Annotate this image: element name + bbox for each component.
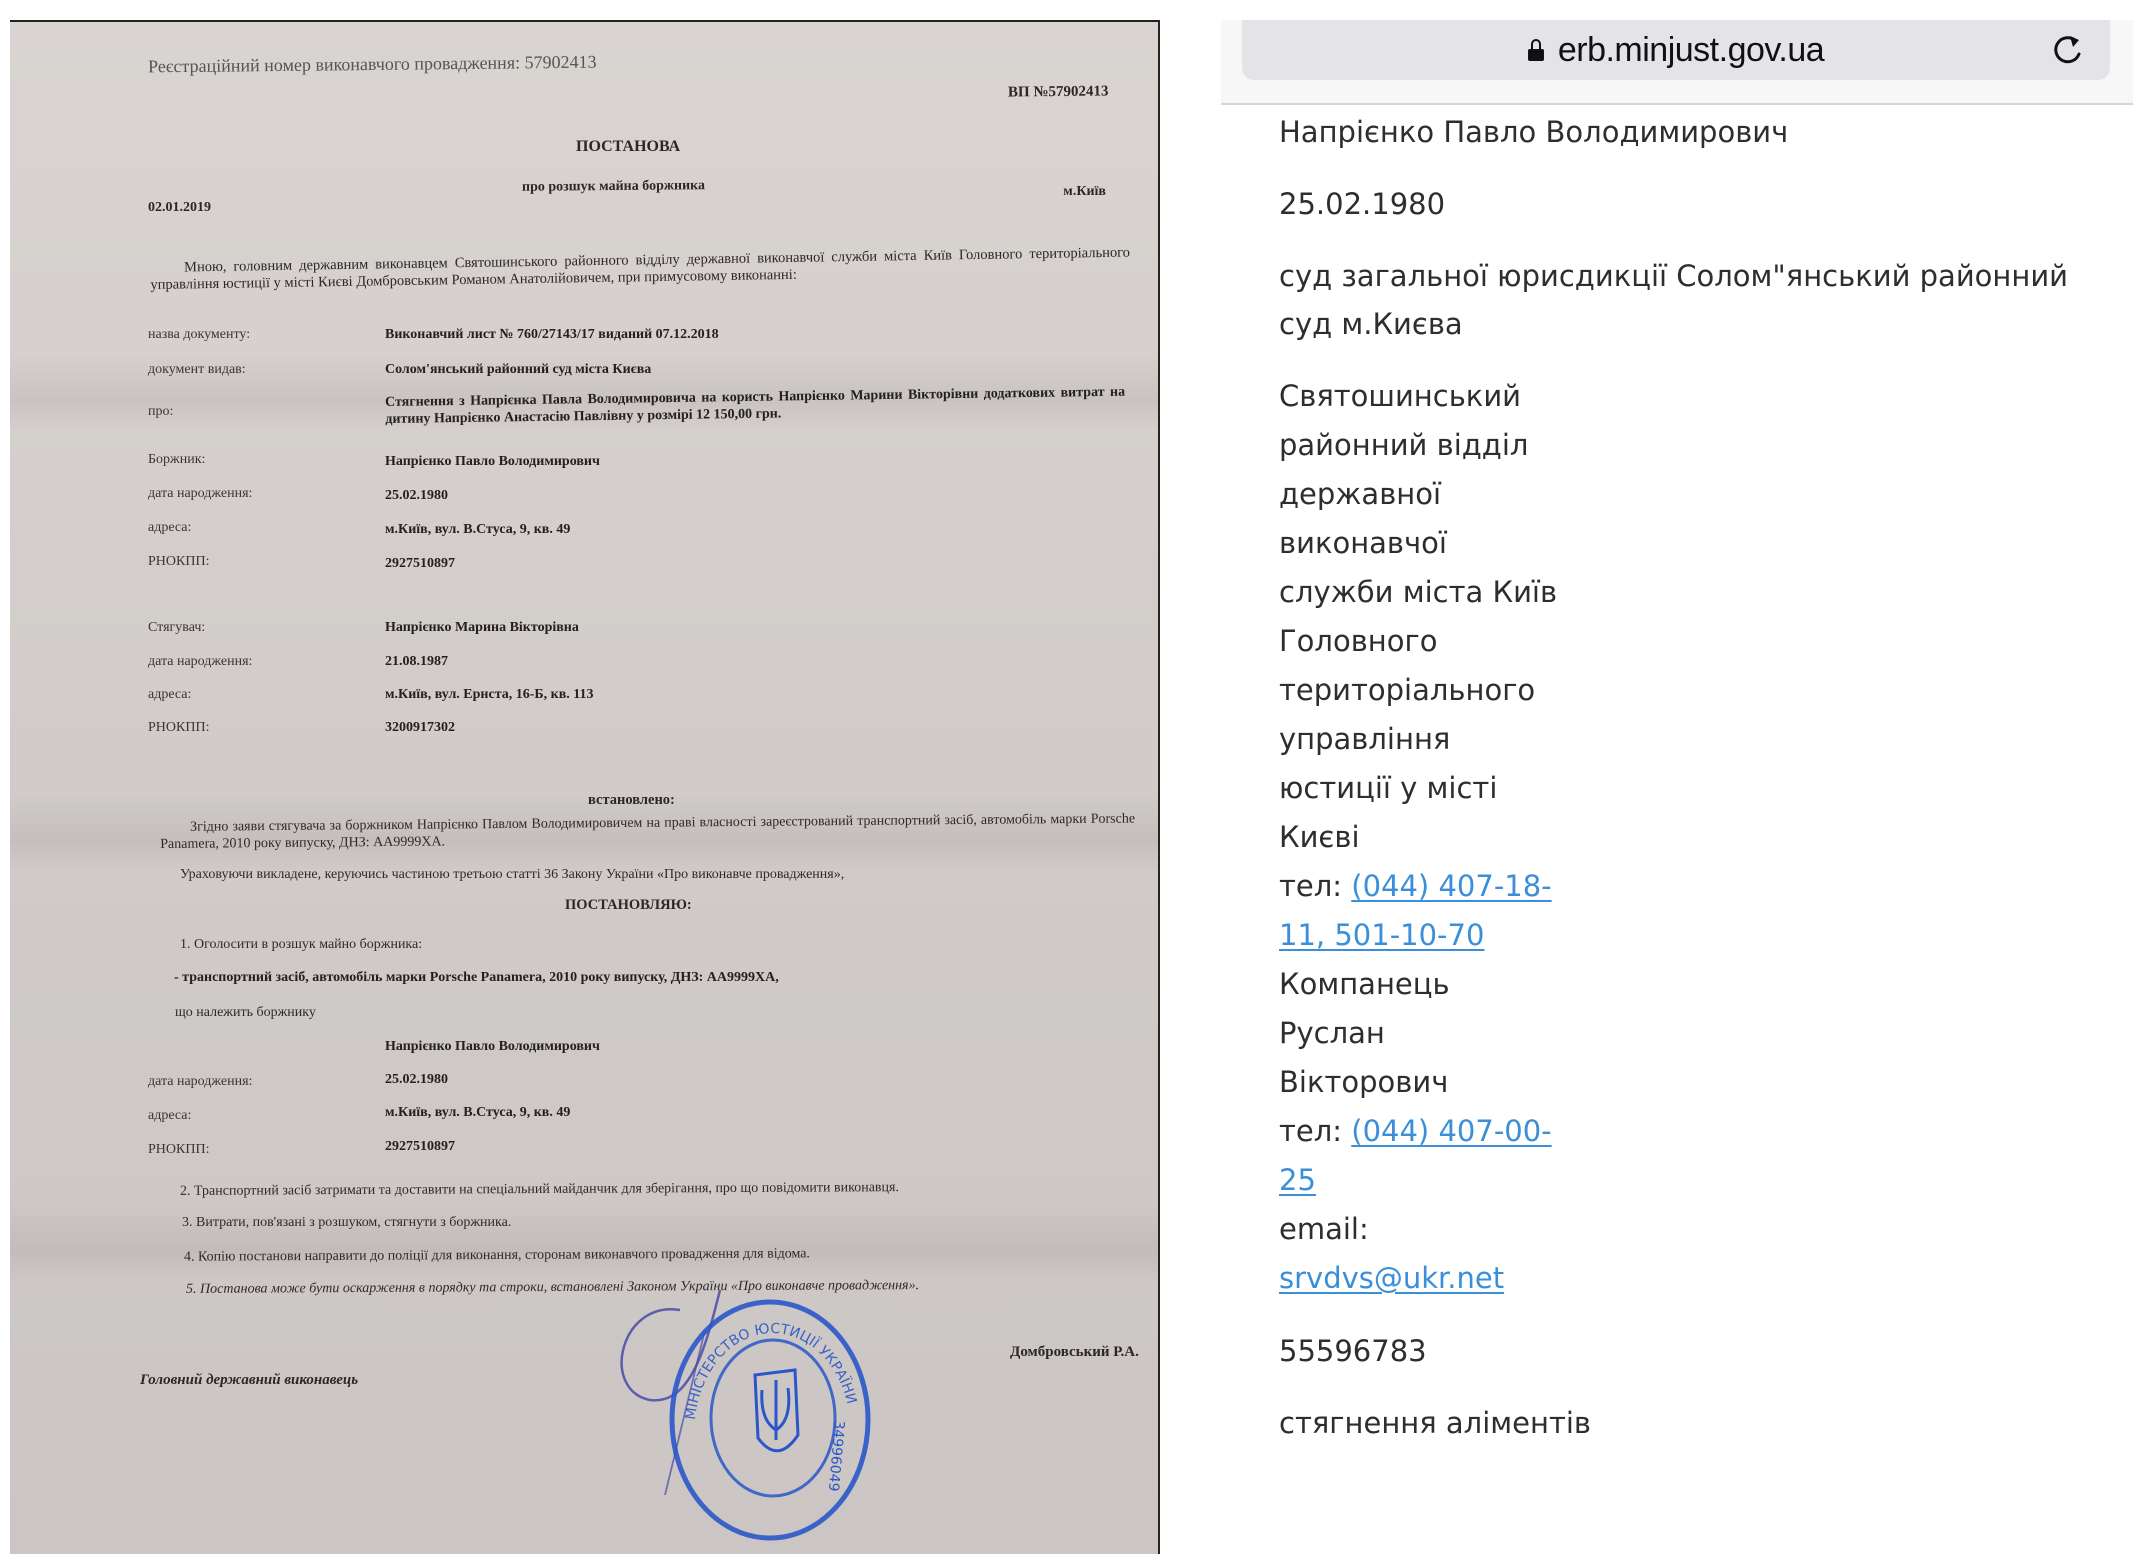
creditor-value: 21.08.1987	[385, 654, 448, 670]
url-text: erb.minjust.gov.ua	[1558, 31, 1824, 70]
owner-value: 2927510897	[385, 1139, 455, 1155]
office-line: районний відділ	[1279, 421, 1559, 470]
address-bar[interactable]: erb.minjust.gov.ua	[1242, 20, 2110, 80]
registration-number: Реєстраційний номер виконавчого провадже…	[148, 52, 597, 78]
browser-screenshot: erb.minjust.gov.ua Напрієнко Павло Волод…	[1221, 20, 2133, 1566]
document-city: м.Київ	[1063, 184, 1106, 200]
creditor-label: адреса:	[148, 687, 191, 703]
proceeding-number: 55596783	[1279, 1327, 2119, 1375]
official-stamp-icon: МІНІСТЕРСТВО ЮСТИЦІЇ УКРАЇНИ 34996049	[610, 1270, 880, 1545]
debtor-value: Напрієнко Павло Володимирович	[385, 454, 600, 470]
stamp-code: 34996049	[825, 1420, 847, 1492]
debtor-value: 2927510897	[385, 556, 455, 572]
field-label: про:	[148, 404, 173, 420]
document-photo: Реєстраційний номер виконавчого провадже…	[10, 20, 1160, 1554]
office-line: управління	[1279, 715, 1559, 764]
office-line: державної	[1279, 470, 1559, 519]
owner-label: адреса:	[148, 1108, 191, 1124]
issuing-court: суд загальної юрисдикції Солом"янський р…	[1279, 252, 2079, 348]
resolve-heading: ПОСТАНОВЛЯЮ:	[565, 897, 692, 914]
intro-paragraph: Мною, головним державним виконавцем Свят…	[150, 245, 1130, 294]
email-label: email:	[1279, 1205, 1559, 1254]
debtor-value: м.Київ, вул. В.Стуса, 9, кв. 49	[385, 522, 570, 538]
document-subtitle: про розшук майна боржника	[522, 178, 705, 196]
document-date: 02.01.2019	[148, 200, 211, 216]
field-value: Виконавчий лист № 760/27143/17 виданий 0…	[385, 327, 719, 343]
debtor-birth-date: 25.02.1980	[1279, 180, 2119, 228]
paper-fold	[10, 1202, 1158, 1282]
owner-label: дата народження:	[148, 1074, 252, 1090]
office-line: виконавчої	[1279, 519, 1559, 568]
creditor-label: дата народження:	[148, 654, 252, 670]
debtor-label: Боржник:	[148, 452, 205, 468]
owner-value: 25.02.1980	[385, 1072, 448, 1088]
office-line: територіального	[1279, 666, 1559, 715]
office-line: юстиції у місті	[1279, 764, 1559, 813]
reload-icon[interactable]	[2048, 30, 2088, 70]
lock-icon	[1528, 39, 1544, 61]
enforcement-office: Святошинський районний відділ державної …	[1279, 372, 1559, 1303]
officer-line: Вікторович	[1279, 1058, 1559, 1107]
creditor-label: РНОКПП:	[148, 720, 209, 736]
considering-text: Ураховуючи викладене, керуючись частиною…	[180, 867, 844, 883]
debtor-name: Напрієнко Павло Володимирович	[1279, 108, 2119, 156]
officer-line: Руслан	[1279, 1009, 1559, 1058]
owner-value: м.Київ, вул. В.Стуса, 9, кв. 49	[385, 1105, 570, 1121]
field-value: Солом'янський районний суд міста Києва	[385, 362, 651, 378]
field-label: назва документу:	[148, 327, 250, 343]
owner-name: Напрієнко Павло Володимирович	[385, 1039, 600, 1055]
officer-line: Компанець	[1279, 960, 1559, 1009]
email-link[interactable]: srvdvs@ukr.net	[1279, 1261, 1504, 1295]
field-label: документ видав:	[148, 362, 246, 378]
vp-number: ВП №57902413	[1007, 83, 1108, 101]
browser-toolbar: erb.minjust.gov.ua	[1221, 20, 2133, 105]
proceeding-category: стягнення аліментів	[1279, 1399, 2119, 1447]
debtor-label: адреса:	[148, 520, 191, 536]
creditor-value: 3200917302	[385, 720, 455, 736]
resolution-item-3: 3. Витрати, пов'язані з розшуком, стягну…	[182, 1215, 511, 1231]
office-line: Головного	[1279, 617, 1559, 666]
office-line: Святошинський	[1279, 372, 1559, 421]
creditor-value: Напрієнко Марина Вікторівна	[385, 620, 579, 636]
resolution-item-4: 4. Копію постанови направити до поліції …	[184, 1246, 810, 1265]
creditor-label: Стягувач:	[148, 620, 205, 636]
office-line: Києві	[1279, 813, 1559, 862]
owner-label: РНОКПП:	[148, 1142, 209, 1158]
phone-label: тел:	[1279, 869, 1351, 903]
debtor-label: дата народження:	[148, 486, 252, 502]
debtor-value: 25.02.1980	[385, 488, 448, 504]
established-heading: встановлено:	[588, 792, 675, 809]
signer-title: Головний державний виконавець	[140, 1372, 358, 1389]
vehicle-line: - транспортний засіб, автомобіль марки P…	[174, 970, 779, 986]
resolution-item-2: 2. Транспортний засіб затримати та доста…	[180, 1180, 899, 1200]
signer-name: Домбровський Р.А.	[1010, 1344, 1139, 1361]
debtor-label: РНОКПП:	[148, 554, 209, 570]
office-line: служби міста Київ	[1279, 568, 1559, 617]
document-title: ПОСТАНОВА	[576, 138, 680, 156]
creditor-value: м.Київ, вул. Ернста, 16-Б, кв. 113	[385, 687, 594, 703]
record-details: Напрієнко Павло Володимирович 25.02.1980…	[1279, 108, 2119, 1471]
owner-label: що належить боржнику	[175, 1005, 316, 1021]
phone-label: тел:	[1279, 1114, 1351, 1148]
resolution-item-1: 1. Оголосити в розшук майно боржника:	[180, 937, 422, 953]
